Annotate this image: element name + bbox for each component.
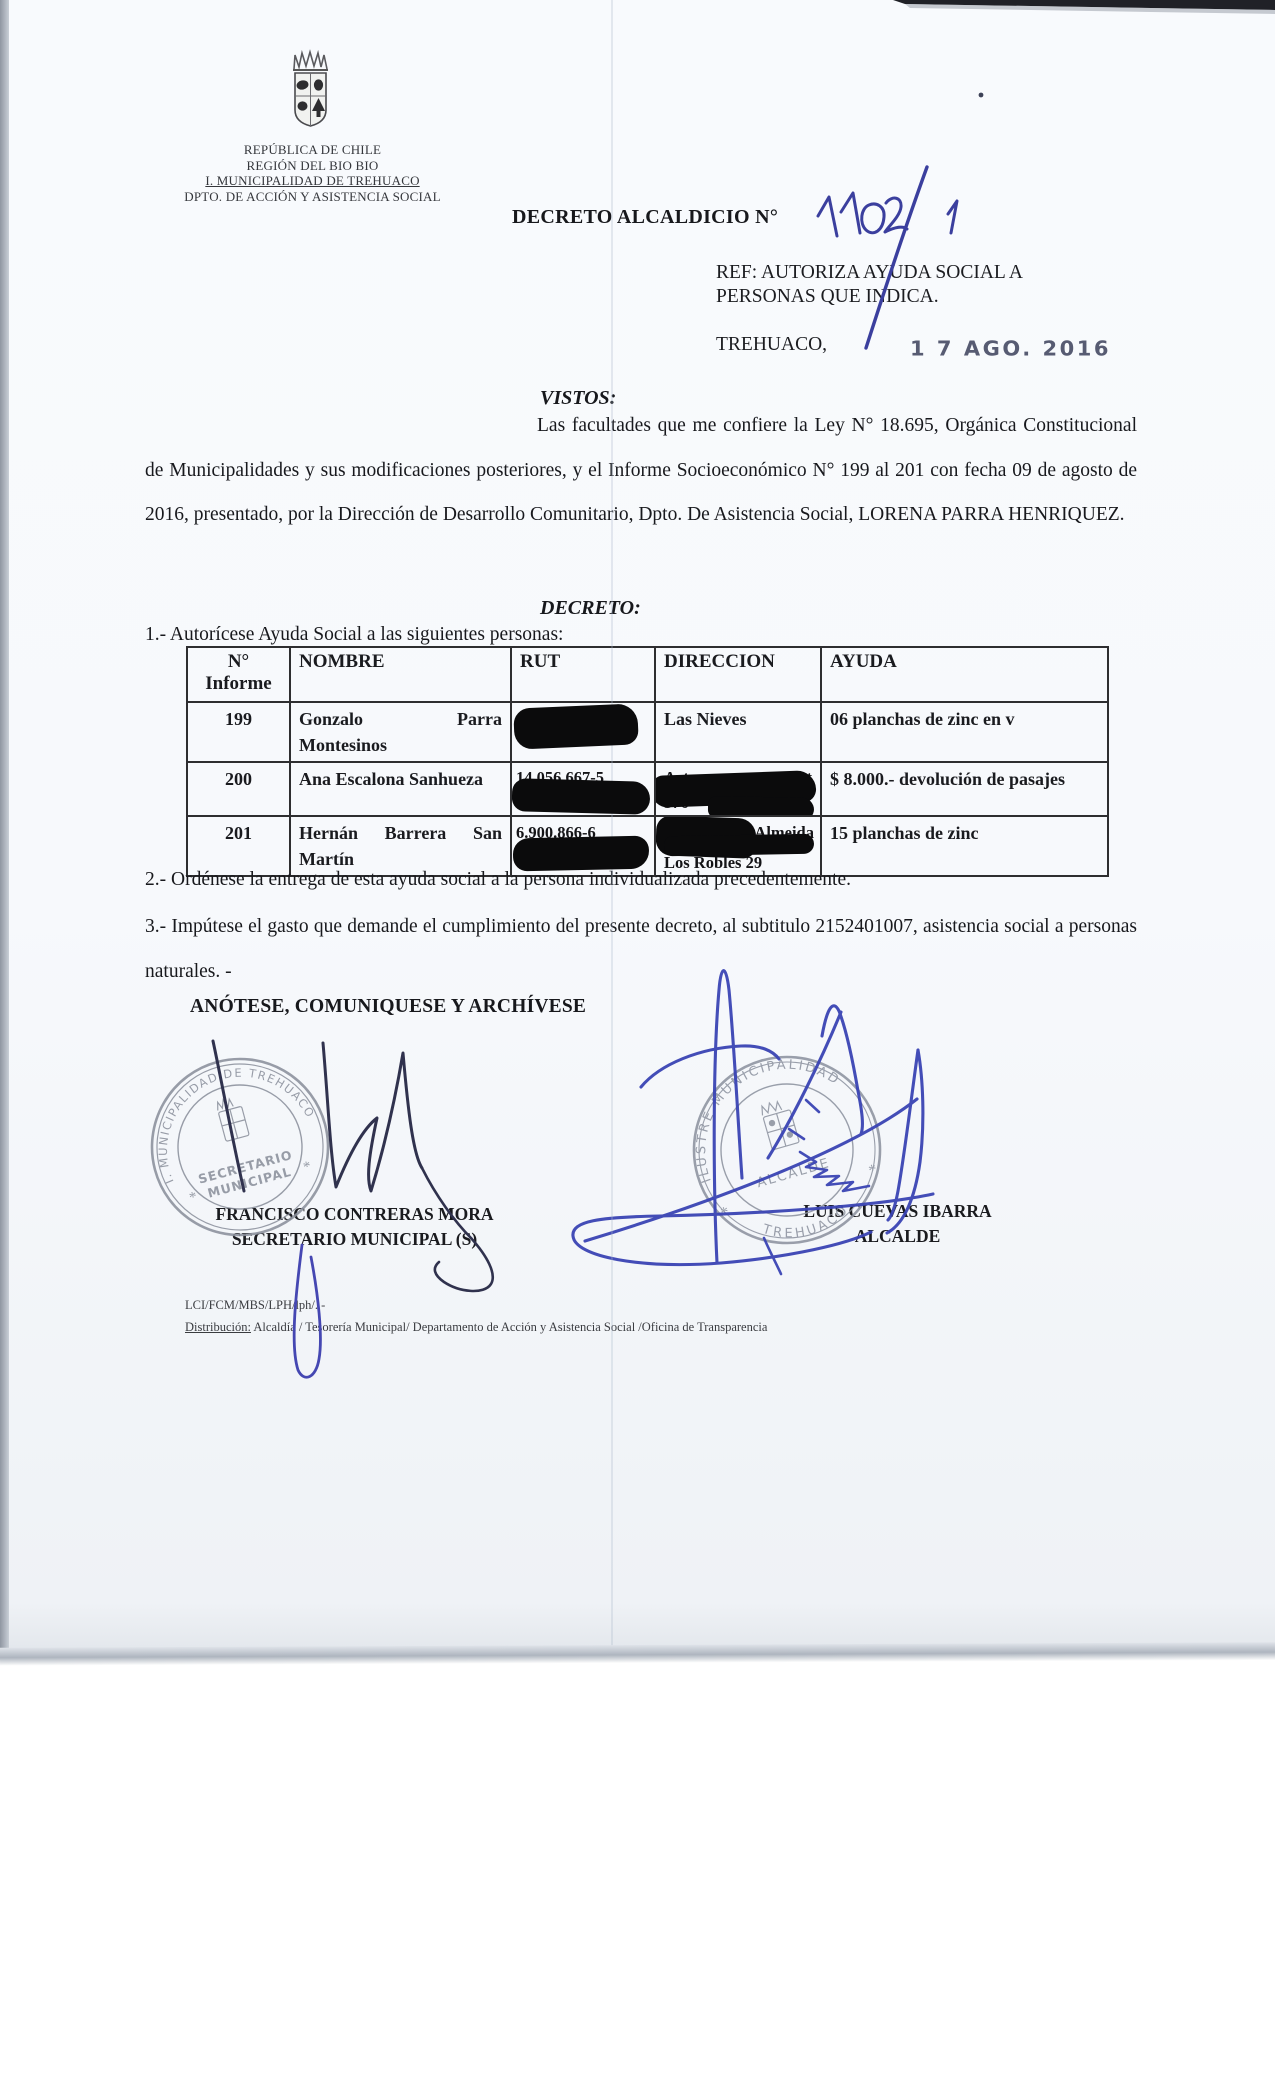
- redaction-mark: [513, 703, 639, 749]
- secretary-stamp-arc-text: I. MUNICIPALIDAD DE TREHUACO: [137, 1047, 326, 1186]
- mayor-stamp-arc-top-text: ILUSTRE MUNICIPALIDAD: [672, 1041, 861, 1185]
- letterhead-department: DPTO. DE ACCIÓN Y ASISTENCIA SOCIAL: [140, 189, 485, 205]
- handwritten-decree-number: [818, 167, 957, 348]
- secretary-stamp-line2: MUNICIPAL: [206, 1164, 293, 1201]
- cell-nombre: Gonzalo Parra Montesinos: [290, 702, 511, 762]
- cell-ayuda: 06 planchas de zinc en v: [821, 702, 1108, 762]
- cell-informe: 201: [187, 816, 290, 876]
- footer-initials: LCI/FCM/MBS/LPH/lph/. -: [185, 1298, 325, 1313]
- decreto-item-1: 1.- Autorícese Ayuda Social a las siguie…: [145, 624, 563, 646]
- ref-line-1: REF: AUTORIZA AYUDA SOCIAL A: [716, 261, 1096, 285]
- mayor-stamp-crest-icon: [760, 1098, 800, 1150]
- table-header-row: N° Informe NOMBRE RUT DIRECCION AYUDA: [187, 647, 1108, 702]
- mayor-stamp-center-text: ALCALDE: [755, 1155, 832, 1191]
- letterhead: REPÚBLICA DE CHILE REGIÓN DEL BIO BIO I.…: [140, 142, 485, 204]
- letterhead-municipality: I. MUNICIPALIDAD DE TREHUACO: [140, 173, 485, 189]
- secretary-title: SECRETARIO MUNICIPAL (S): [182, 1227, 527, 1252]
- scanned-page: REPÚBLICA DE CHILE REGIÓN DEL BIO BIO I.…: [0, 0, 1275, 1652]
- redaction-mark: [512, 778, 651, 815]
- decreto-heading: DECRETO:: [540, 597, 641, 620]
- cell-direccion-redacted: Almeida Los Robles 29: [655, 816, 821, 876]
- table-row: 200 Ana Escalona Sanhueza 14.056.667-5 A…: [187, 762, 1108, 816]
- scanned-decree-screenshot: REPÚBLICA DE CHILE REGIÓN DEL BIO BIO I.…: [0, 0, 1275, 2100]
- cell-nombre: Ana Escalona Sanhueza: [290, 762, 511, 816]
- col-header-direccion: DIRECCION: [655, 647, 821, 702]
- aid-table: N° Informe NOMBRE RUT DIRECCION AYUDA 19…: [186, 646, 1109, 877]
- paper-left-edge: [0, 0, 9, 1652]
- cell-rut-redacted: 14.056.667-5: [511, 762, 655, 816]
- right-signature-block: LUIS CUEVAS IBARRA ALCALDE: [725, 1199, 1070, 1249]
- vistos-body: Las facultades que me confiere la Ley N°…: [145, 404, 1137, 538]
- place-label: TREHUACO,: [716, 334, 827, 356]
- distribution-text: Alcaldía / Tesorería Municipal/ Departam…: [253, 1320, 767, 1334]
- mayor-name: LUIS CUEVAS IBARRA: [725, 1199, 1070, 1224]
- redaction-mark: [708, 796, 814, 816]
- col-header-nombre: NOMBRE: [290, 647, 511, 702]
- letterhead-country: REPÚBLICA DE CHILE: [140, 142, 485, 158]
- date-stamp: 1 7 AGO. 2016: [910, 337, 1111, 360]
- decreto-item-3: 3.- Impútese el gasto que demande el cum…: [145, 904, 1137, 994]
- col-header-informe: N° Informe: [187, 647, 290, 702]
- table-row: 201 Hernán Barrera San Martín 6.900.866-…: [187, 816, 1108, 876]
- mayor-stamp-star-right: *: [867, 1161, 879, 1180]
- secretary-name: FRANCISCO CONTRERAS MORA: [182, 1202, 527, 1227]
- cell-rut-redacted: 3.972.194-2: [511, 702, 655, 762]
- redaction-mark: [664, 834, 814, 857]
- col-header-rut: RUT: [511, 647, 655, 702]
- paper-fold-line: [611, 0, 613, 1650]
- table-row: 199 Gonzalo Parra Montesinos 3.972.194-2…: [187, 702, 1108, 762]
- svg-text:ILUSTRE MUNICIPALIDAD: ILUSTRE MUNICIPALIDAD: [672, 1041, 861, 1185]
- mayor-title: ALCALDE: [725, 1224, 1070, 1249]
- closing-formula: ANÓTESE, COMUNIQUESE Y ARCHÍVESE: [190, 996, 586, 1018]
- decree-title: DECRETO ALCALDICIO N°: [512, 206, 778, 229]
- secretary-stamp-star-right: *: [302, 1159, 313, 1176]
- redaction-mark: [513, 836, 650, 872]
- secretary-stamp-crest-icon: [215, 1096, 249, 1142]
- footer-distribution: Distribución: Alcaldía / Tesorería Munic…: [185, 1320, 1105, 1335]
- letterhead-region: REGIÓN DEL BIO BIO: [140, 158, 485, 174]
- scanner-edge-shadow: [905, 4, 1275, 14]
- secretary-stamp-line1: SECRETARIO: [197, 1147, 295, 1187]
- ink-speck: [979, 93, 984, 98]
- secretary-signature: [213, 1041, 493, 1291]
- cell-ayuda: $ 8.000.- devolución de pasajes: [821, 762, 1108, 816]
- cell-direccion: Las Nieves: [655, 702, 821, 762]
- col-header-ayuda: AYUDA: [821, 647, 1108, 702]
- municipal-coat-of-arms-icon: [281, 44, 341, 144]
- left-signature-block: FRANCISCO CONTRERAS MORA SECRETARIO MUNI…: [182, 1202, 527, 1252]
- ref-line-2: PERSONAS QUE INDICA.: [716, 285, 1096, 309]
- cell-rut-redacted: 6.900.866-6: [511, 816, 655, 876]
- svg-text:I. MUNICIPALIDAD DE TREHUACO: I. MUNICIPALIDAD DE TREHUACO: [137, 1047, 326, 1186]
- cell-direccion-redacted: Arturo Prat 376: [655, 762, 821, 816]
- scanner-edge-artifact: [893, 0, 1275, 10]
- cell-nombre: Hernán Barrera San Martín: [290, 816, 511, 876]
- cell-informe: 200: [187, 762, 290, 816]
- cell-informe: 199: [187, 702, 290, 762]
- distribution-label: Distribución:: [185, 1320, 251, 1334]
- ref-block: REF: AUTORIZA AYUDA SOCIAL A PERSONAS QU…: [716, 261, 1096, 308]
- cell-ayuda: 15 planchas de zinc: [821, 816, 1108, 876]
